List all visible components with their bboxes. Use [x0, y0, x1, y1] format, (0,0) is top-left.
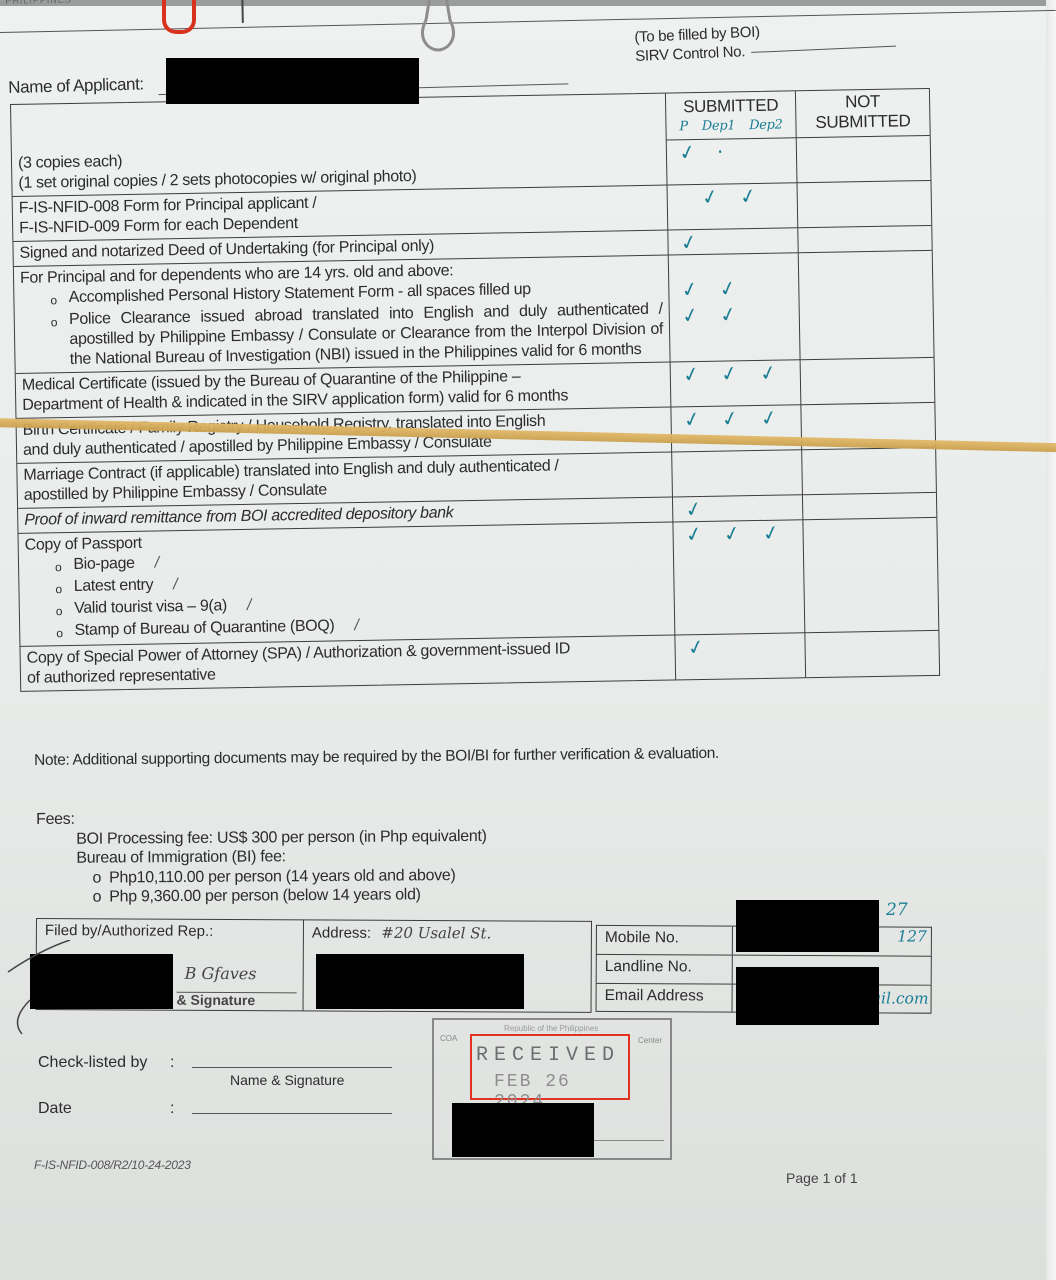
page-number: Page 1 of 1 [786, 1170, 858, 1186]
handwritten-sublabels: P Dep1 Dep2 [672, 115, 789, 137]
redacted-mobile [736, 900, 879, 952]
checklisted-by-section: Check-listed by : Name & Signature Date … [38, 1048, 392, 1118]
bullet-icon: o [55, 555, 62, 577]
form-header-strip: PHILIPPINES [0, 0, 1056, 33]
bullet-icon: o [50, 288, 57, 310]
requirement-subitem: oPolice Clearance issued abroad translat… [21, 300, 664, 371]
email-label: Email Address [597, 984, 733, 1012]
pencil-tick-icon: / [154, 553, 158, 575]
redacted-address [316, 954, 524, 1009]
mobile-label: Mobile No. [597, 926, 733, 955]
checkmark-icon[interactable] [739, 232, 743, 251]
received-text: RECEIVED [476, 1044, 620, 1067]
checkmark-icon[interactable]: ✓ [720, 407, 740, 430]
checkmark-icon[interactable]: ✓ [758, 361, 779, 384]
stamp-coa-text: COA [440, 1034, 457, 1043]
not-submitted-cell[interactable] [802, 448, 936, 495]
checkmark-icon[interactable]: ✓ [677, 141, 698, 164]
submitted-cell[interactable]: ✓✓✓ [671, 360, 802, 407]
agency-name-fragment: PHILIPPINES [5, 0, 72, 6]
bi-fee-item: oPhp 9,360.00 per person (below 14 years… [37, 885, 488, 908]
check-marks: ✓ [674, 230, 791, 252]
colon: : [170, 1100, 192, 1118]
received-highlight-box: RECEIVED FEB 26 2024 [470, 1034, 630, 1100]
submitted-cell[interactable]: ✓ [673, 495, 803, 522]
checkmark-icon[interactable]: ✓ [680, 304, 700, 327]
sublabel-dep1: Dep1 [702, 116, 736, 137]
submitted-cell[interactable]: ✓· [667, 138, 798, 185]
bi-fee-adult: Php10,110.00 per person (14 years old an… [109, 866, 456, 888]
bullet-icon: o [56, 621, 63, 643]
submitted-label: SUBMITTED [672, 95, 789, 117]
submitted-cell[interactable]: ✓✓ [668, 183, 799, 230]
check-marks: ✓✓ [676, 303, 793, 325]
checkmark-icon[interactable]: ✓ [682, 408, 702, 431]
checkmark-icon[interactable]: ✓ [678, 231, 698, 254]
bi-fee-minor: Php 9,360.00 per person (below 14 years … [109, 885, 421, 907]
redacted-email [736, 967, 879, 1025]
submitted-cell[interactable]: ✓✓✓✓ [669, 253, 801, 362]
submitted-cell[interactable]: ✓✓✓ [673, 520, 805, 635]
fees-section: Fees: BOI Processing fee: US$ 300 per pe… [36, 807, 487, 908]
not-submitted-cell[interactable] [798, 181, 932, 228]
checkmark-icon[interactable]: ✓ [686, 636, 706, 659]
address-handwritten: #20 Usalel St. [381, 924, 491, 943]
date-field[interactable] [192, 1113, 392, 1114]
checkmark-icon[interactable]: ✓ [700, 185, 720, 208]
subitem-text: Bio-page [73, 554, 135, 577]
binder-clip-icon [408, 0, 468, 54]
checkmark-icon[interactable]: ✓ [683, 498, 703, 521]
filed-by-label: Filed by/Authorized Rep.: [45, 922, 295, 940]
not-submitted-cell[interactable] [803, 493, 936, 520]
name-signature-label: Name & Signature [38, 1072, 392, 1094]
not-submitted-cell[interactable] [798, 226, 931, 253]
checkmark-icon[interactable]: ✓ [718, 277, 739, 300]
check-marks: ✓ [681, 635, 798, 657]
pencil-tick-icon: / [354, 616, 358, 638]
mobile-handwritten-above: 27 [886, 900, 908, 920]
pen-stroke-mark [0, 940, 80, 1040]
sirv-control-field[interactable] [751, 45, 896, 52]
checkmark-icon[interactable]: ✓ [684, 523, 704, 546]
applicant-name-label: Name of Applicant: [8, 74, 144, 97]
address-label: Address: [312, 924, 371, 941]
subitem-text: Latest entry [74, 576, 154, 599]
checkmark-icon[interactable] [743, 498, 747, 517]
pencil-tick-icon: / [247, 596, 251, 618]
stamp-center-text: Center [638, 1036, 662, 1045]
additional-documents-note: Note: Additional supporting documents ma… [34, 745, 719, 770]
check-marks: ✓✓✓ [677, 407, 794, 429]
subitem-text: Stamp of Bureau of Quarantine (BOQ) [74, 616, 334, 643]
check-marks: ✓✓✓ [679, 522, 796, 544]
checkmark-icon[interactable] [743, 141, 747, 160]
not-label: NOT [802, 91, 923, 113]
checkmark-icon[interactable] [746, 636, 750, 655]
red-paperclip-icon [162, 0, 196, 34]
bullet-icon: o [92, 868, 101, 888]
colon: : [170, 1054, 192, 1072]
sirv-control-label: SIRV Control No. [635, 43, 746, 65]
not-submitted-cell[interactable] [797, 136, 931, 183]
subitem-text: Valid tourist visa – 9(a) [74, 596, 227, 621]
pencil-tick-icon: / [173, 575, 177, 597]
stamp-republic-text: Republic of the Philippines [504, 1024, 598, 1033]
header-divider [241, 0, 243, 23]
submitted-cell[interactable]: ✓ [675, 633, 806, 679]
requirement-item: Copy of PassportoBio-page/oLatest entry/… [19, 522, 676, 646]
redacted-stamp-signatory [452, 1103, 594, 1157]
bullet-icon: o [93, 888, 102, 908]
check-marks: ✓✓✓ [677, 362, 794, 384]
checkmark-icon[interactable] [717, 232, 721, 251]
check-marks: ✓✓ [675, 277, 792, 299]
bullet-icon: o [55, 577, 62, 599]
page-right-edge [1046, 0, 1056, 1280]
not-submitted-cell[interactable] [805, 631, 939, 677]
submitted-cell[interactable]: ✓ [668, 228, 798, 255]
checkmark-icon[interactable]: ✓ [681, 363, 701, 386]
checkmark-icon[interactable] [677, 188, 681, 207]
checklisted-by-field[interactable] [192, 1067, 392, 1068]
form-code: F-IS-NFID-008/R2/10-24-2023 [34, 1158, 191, 1172]
boi-processing-fee: BOI Processing fee: US$ 300 per person (… [36, 826, 487, 849]
mobile-tail: 127 [897, 928, 927, 946]
landline-label: Landline No. [597, 955, 733, 984]
date-label: Date [38, 1100, 170, 1118]
not-submitted-label: SUBMITTED [802, 111, 923, 133]
submitted-header: SUBMITTED P Dep1 Dep2 [666, 91, 797, 140]
signature-scrawl: B Gfaves [185, 964, 257, 983]
checkmark-icon[interactable]: ✓ [718, 303, 738, 326]
check-marks [678, 452, 795, 454]
signature-label: & Signature [177, 992, 256, 1008]
checkmark-icon[interactable]: ✓ [758, 406, 778, 429]
not-submitted-cell[interactable] [799, 251, 934, 360]
sublabel-principal: P [679, 117, 688, 137]
sublabel-dep2: Dep2 [749, 116, 783, 137]
submitted-cell[interactable] [672, 450, 803, 497]
requirement-item: For Principal and for dependents who are… [14, 256, 671, 374]
applicant-name-row: Name of Applicant: [8, 74, 144, 98]
checkmark-icon[interactable]: ✓ [679, 278, 699, 301]
checkmark-icon[interactable]: ✓ [722, 522, 742, 545]
checkmark-icon[interactable]: ✓ [760, 521, 780, 544]
redacted-applicant-name [166, 58, 419, 104]
requirements-checklist-table: SUBMITTED P Dep1 Dep2 NOT SUBMITTED (3 c… [10, 88, 940, 692]
check-marks: ✓✓ [674, 185, 791, 207]
checkmark-icon[interactable]: · [715, 141, 725, 162]
checkmark-icon[interactable]: ✓ [719, 362, 739, 385]
check-marks: ✓ [679, 497, 796, 519]
checkmark-icon[interactable] [721, 499, 725, 518]
not-submitted-header: NOT SUBMITTED [796, 89, 930, 138]
bullet-icon: o [51, 310, 58, 370]
check-marks: ✓· [673, 140, 790, 162]
checklisted-by-label: Check-listed by [38, 1054, 170, 1072]
not-submitted-cell[interactable] [803, 518, 938, 633]
not-submitted-cell[interactable] [801, 358, 935, 405]
boi-control-box: (To be filled by BOI) SIRV Control No. [634, 17, 896, 66]
checkmark-icon[interactable]: ✓ [738, 185, 758, 208]
checkmark-icon[interactable] [724, 637, 728, 656]
subitem-text: Police Clearance issued abroad translate… [69, 300, 664, 370]
bullet-icon: o [56, 599, 63, 621]
